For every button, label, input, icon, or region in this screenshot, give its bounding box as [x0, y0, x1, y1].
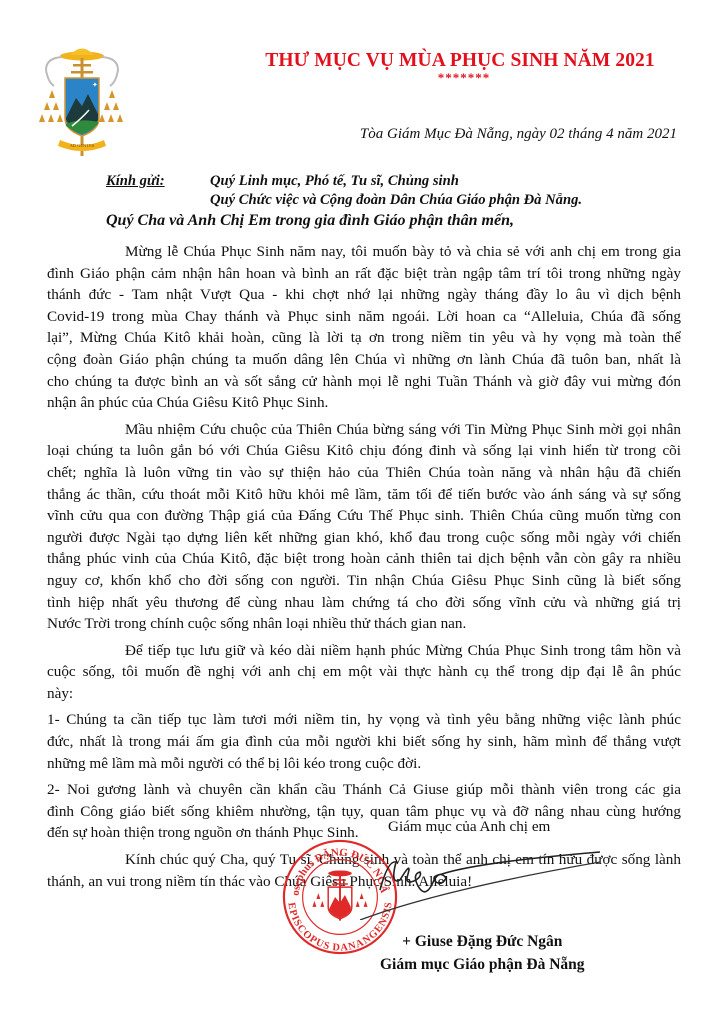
text-line: đình Công giáo biết sống khiêm nhường, t… [47, 801, 681, 823]
letter-body: Mừng lễ Chúa Phục Sinh năm nay, tôi muốn… [47, 241, 681, 897]
text-line: vĩnh cửu qua con đường Thập giá của Đấng… [47, 505, 681, 527]
recipients-block: Kính gửi: Quý Linh mục, Phó tế, Tu sĩ, C… [106, 172, 582, 210]
text-line: này: [47, 683, 681, 705]
document-header: THƯ MỤC VỤ MÙA PHỤC SINH NĂM 2021 ******… [0, 50, 724, 84]
text-line: người được Ngài tạo dựng liên kết những … [47, 527, 681, 549]
text-line: cộng đoàn Giáo phận chúng ta muốn dâng l… [47, 349, 681, 371]
recipient-line: Quý Chức việc và Cộng đoàn Dân Chúa Giáo… [210, 191, 582, 210]
text-line: đình Giáo phận cảm nhận hân hoan và bình… [47, 263, 681, 285]
paragraph: Mầu nhiệm Cứu chuộc của Thiên Chúa bừng … [47, 419, 681, 635]
paragraph: Mừng lễ Chúa Phục Sinh năm nay, tôi muốn… [47, 241, 681, 414]
text-line: 2- Noi gương lành và chuyên cần khẩn cầu… [47, 779, 681, 801]
text-line: tình hiệp nhất yêu thương để cùng nhau l… [47, 592, 681, 614]
text-line: Nước Trời trong chính cuộc sống nhân loạ… [47, 613, 681, 635]
signatory-name: + Giuse Đặng Đức Ngân [380, 930, 585, 953]
text-line: Để tiếp tục lưu giữ và kéo dài niềm hạnh… [47, 640, 681, 662]
text-line: Mầu nhiệm Cứu chuộc của Thiên Chúa bừng … [47, 419, 681, 441]
dateline: Tòa Giám Mục Đà Nẵng, ngày 02 tháng 4 nă… [360, 126, 677, 143]
text-line: nhận ân phúc của Chúa Giêsu Kitô Phục Si… [47, 392, 681, 414]
text-line: lại”, Mừng Chúa Kitô khải hoàn, cũng là … [47, 327, 681, 349]
practice-item: 2- Noi gương lành và chuyên cần khẩn cầu… [47, 779, 681, 844]
document-title: THƯ MỤC VỤ MÙA PHỤC SINH NĂM 2021 [196, 50, 724, 72]
signatory-block: + Giuse Đặng Đức Ngân Giám mục Giáo phận… [380, 930, 585, 976]
text-line: Mừng lễ Chúa Phục Sinh năm nay, tôi muốn… [47, 241, 681, 263]
recipients-label: Kính gửi: [106, 172, 165, 191]
signatory-title: Giám mục Giáo phận Đà Nẵng [380, 953, 585, 976]
text-line: 1- Chúng ta cần tiếp tục làm tươi mới ni… [47, 709, 681, 731]
text-line: thắng ác thần, cứu thoát mỗi Kitô hữu kh… [47, 484, 681, 506]
text-line: loại chúng ta luôn gắn bó với Chúa Giêsu… [47, 440, 681, 462]
text-line: thánh đức - Tam nhật Vượt Qua - khi chợt… [47, 284, 681, 306]
practice-item: 1- Chúng ta cần tiếp tục làm tươi mới ni… [47, 709, 681, 774]
paragraph: Để tiếp tục lưu giữ và kéo dài niềm hạnh… [47, 640, 681, 705]
crest-motto: AD GENTES [70, 143, 95, 148]
text-line: những mê lầm mà mỗi người có thể bị lôi … [47, 753, 681, 775]
title-separator: ******* [196, 72, 724, 84]
handwritten-signature [360, 840, 600, 920]
text-line: chết; nghĩa là luôn vững tin vào sự thiệ… [47, 462, 681, 484]
text-line: thắng phúc vinh của Chúa Kitô, đặc biệt … [47, 548, 681, 570]
text-line: nguy cơ, khốn khổ cho đời sống con người… [47, 570, 681, 592]
text-line: cho chúng ta được bình an và sốt sắng cử… [47, 371, 681, 393]
text-line: cuộc sống, tôi muốn đề nghị với anh chị … [47, 661, 681, 683]
recipient-line: Quý Linh mục, Phó tế, Tu sĩ, Chủng sinh [210, 172, 582, 191]
text-line: Covid-19 trong mùa Chay thánh và Phục si… [47, 306, 681, 328]
salutation: Quý Cha và Anh Chị Em trong gia đình Giá… [106, 212, 514, 230]
closing-line: Giám mục của Anh chị em [388, 818, 550, 836]
text-line: đức, nhất là trong mái ấm gia đình của m… [47, 731, 681, 753]
